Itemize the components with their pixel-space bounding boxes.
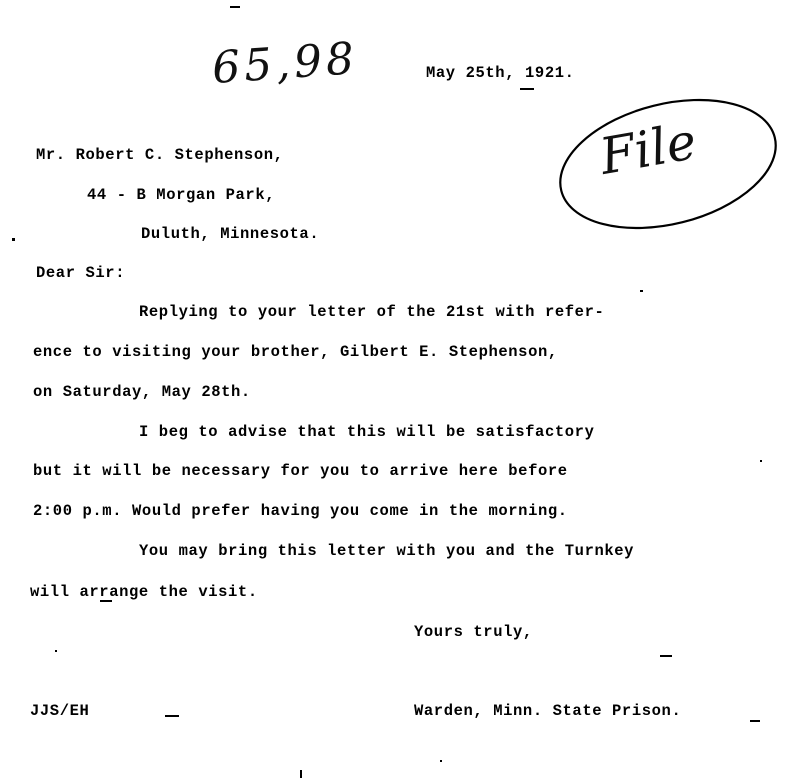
salutation: Dear Sir: (36, 266, 125, 282)
body-line: 2:00 p.m. Would prefer having you come i… (33, 504, 568, 520)
recipient-name: Mr. Robert C. Stephenson, (36, 148, 284, 164)
body-line: You may bring this letter with you and t… (139, 544, 634, 560)
handwritten-file-number: 65,98 (210, 33, 359, 94)
recipient-address-line1: 44 - B Morgan Park, (87, 188, 275, 204)
letter-page: 65,98 May 25th, 1921. File Mr. Robert C.… (0, 0, 800, 782)
body-line: will arrange the visit. (30, 585, 258, 601)
recipient-address-line2: Duluth, Minnesota. (141, 227, 319, 243)
body-line: I beg to advise that this will be satisf… (139, 425, 594, 441)
signature-title: Warden, Minn. State Prison. (414, 704, 681, 720)
closing: Yours truly, (414, 625, 533, 641)
body-line: on Saturday, May 28th. (33, 385, 251, 401)
letter-date: May 25th, 1921. (426, 66, 575, 82)
body-line: Replying to your letter of the 21st with… (139, 305, 604, 321)
body-line: but it will be necessary for you to arri… (33, 464, 568, 480)
body-line: ence to visiting your brother, Gilbert E… (33, 345, 558, 361)
typist-initials: JJS/EH (30, 704, 89, 720)
